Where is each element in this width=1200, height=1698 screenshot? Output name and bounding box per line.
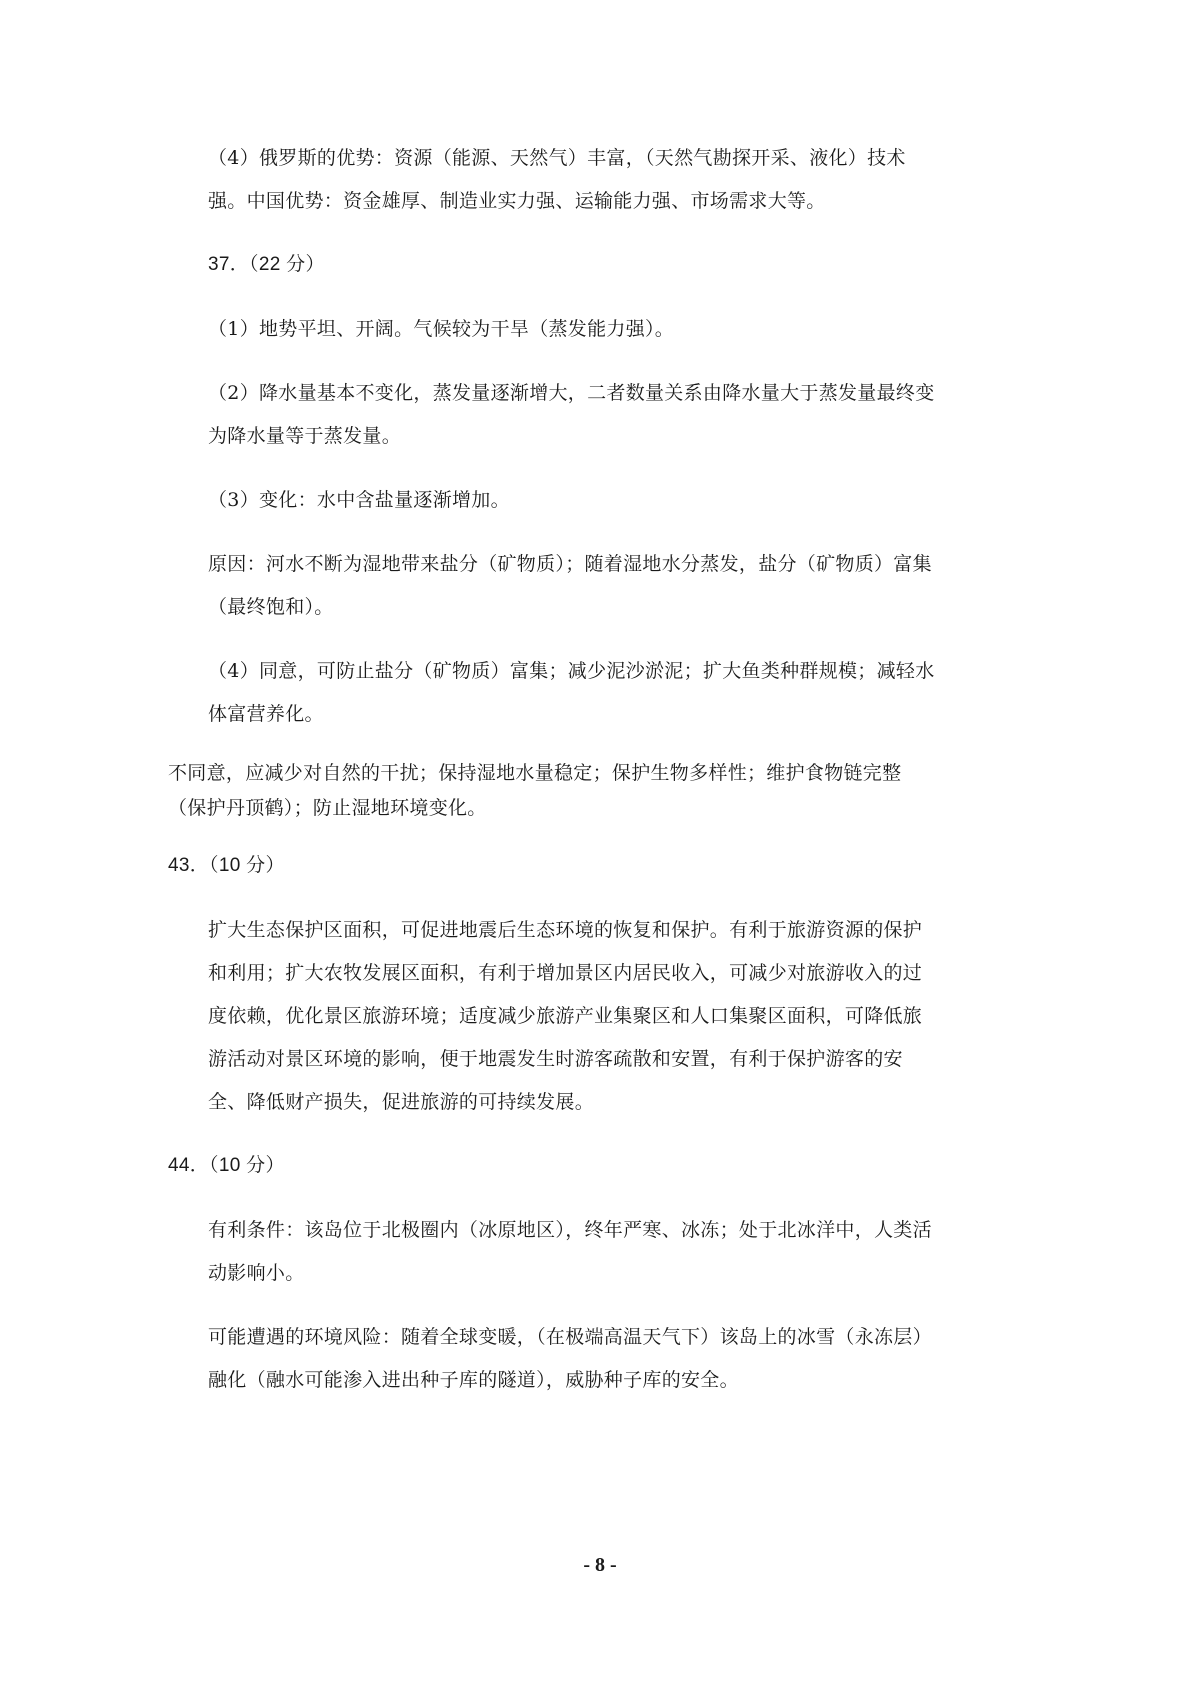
answer-line: （4）俄罗斯的优势：资源（能源、天然气）丰富，（天然气勘探开采、液化）技术 (208, 146, 906, 170)
question-heading-44: 44．（10 分） (168, 1154, 285, 1178)
answer-line: 体富营养化。 (208, 702, 324, 726)
answer-line: 强。中国优势：资金雄厚、制造业实力强、运输能力强、市场需求大等。 (208, 189, 826, 213)
question-heading-37: 37．（22 分） (208, 253, 325, 277)
answer-line: （1）地势平坦、开阔。气候较为干旱（蒸发能力强）。 (208, 317, 674, 341)
answer-line: （保护丹顶鹤）；防止湿地环境变化。 (168, 796, 487, 820)
answer-line: （2）降水量基本不变化，蒸发量逐渐增大，二者数量关系由降水量大于蒸发量最终变 (208, 381, 935, 405)
answer-line: 原因：河水不断为湿地带来盐分（矿物质）；随着湿地水分蒸发，盐分（矿物质）富集 (208, 552, 932, 576)
answer-line: （3）变化：水中含盐量逐渐增加。 (208, 488, 510, 512)
answer-line: 扩大生态保护区面积，可促进地震后生态环境的恢复和保护。有利于旅游资源的保护 (208, 918, 922, 942)
answer-line: 融化（融水可能渗入进出种子库的隧道），威胁种子库的安全。 (208, 1368, 739, 1392)
answer-line: 和利用；扩大农牧发展区面积，有利于增加景区内居民收入，可减少对旅游收入的过 (208, 961, 922, 985)
answer-line: 动影响小。 (208, 1261, 305, 1285)
answer-line: （4）同意，可防止盐分（矿物质）富集；减少泥沙淤泥；扩大鱼类种群规模；减轻水 (208, 659, 935, 683)
answer-line: 可能遭遇的环境风险：随着全球变暖，（在极端高温天气下）该岛上的冰雪（永冻层） (208, 1325, 932, 1349)
question-heading-43: 43．（10 分） (168, 854, 285, 878)
page-number: - 8 - (0, 1553, 1200, 1577)
answer-line: 为降水量等于蒸发量。 (208, 424, 401, 448)
answer-line: 不同意，应减少对自然的干扰；保持湿地水量稳定；保护生物多样性；维护食物链完整 (168, 761, 901, 785)
answer-line: 有利条件：该岛位于北极圈内（冰原地区），终年严寒、冰冻；处于北冰洋中，人类活 (208, 1218, 932, 1242)
answer-line: （最终饱和）。 (208, 595, 334, 619)
answer-line: 游活动对景区环境的影响，便于地震发生时游客疏散和安置，有利于保护游客的安 (208, 1047, 903, 1071)
answer-line: 度依赖，优化景区旅游环境；适度减少旅游产业集聚区和人口集聚区面积，可降低旅 (208, 1004, 922, 1028)
answer-line: 全、降低财产损失，促进旅游的可持续发展。 (208, 1090, 594, 1114)
